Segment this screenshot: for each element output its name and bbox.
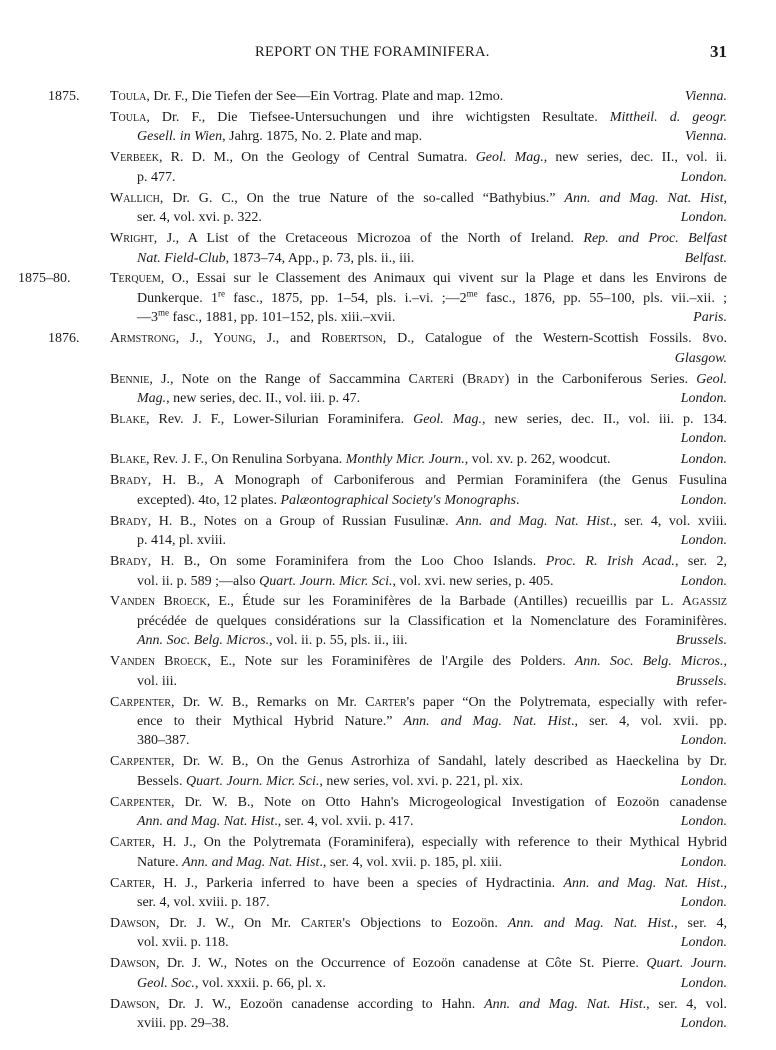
entry-citation-line: Brady, H. B., Notes on a Group of Russia… [0,512,776,531]
citation-text: Verbeek, R. D. M., On the Geology of Cen… [110,148,727,167]
page-header: REPORT ON THE FORAMINIFERA. 31 [0,44,776,68]
entry-citation-line: Blake, Rev. J. F., On Renulina Sorbyana.… [0,450,776,469]
page-number: 31 [710,42,727,62]
entry-continuation-line: Ann. Soc. Belg. Micros., vol. ii. p. 55,… [0,631,776,650]
entry-continuation-line: Bessels. Quart. Journ. Micr. Sci., new s… [0,772,776,791]
citation-text: p. 414, pl. xviii. [137,531,226,550]
citation-text: Carter, H. J., On the Polytremata (Foram… [110,833,727,852]
publication-place: London. [681,168,727,187]
bibliography-entry: Carpenter, Dr. W. B., Remarks on Mr. Car… [0,693,776,751]
bibliography-entry: Carter, H. J., Parkeria inferred to have… [0,874,776,913]
citation-text: Vanden Broeck, E., Note sur les Foramini… [110,652,727,671]
bibliography-entry: Vanden Broeck, E., Étude sur les Foramin… [0,592,776,650]
entry-citation-line: Wright, J., A List of the Cretaceous Mic… [0,229,776,248]
entry-continuation-line: p. 414, pl. xviii.London. [0,531,776,550]
publication-place: London. [681,531,727,550]
publication-place: Glasgow. [675,349,727,368]
publication-place: London. [681,1014,727,1033]
entry-citation-line: Vanden Broeck, E., Note sur les Foramini… [0,652,776,671]
entry-continuation-line: ser. 4, vol. xviii. p. 187.London. [0,893,776,912]
entry-citation-line: Brady, H. B., A Monograph of Carbonifero… [0,471,776,490]
citation-text: ser. 4, vol. xvi. p. 322. [137,208,262,227]
citation-text: Wallich, Dr. G. C., On the true Nature o… [110,189,727,208]
entry-continuation-line: p. 477.London. [0,168,776,187]
entry-continuation-line: ser. 4, vol. xvi. p. 322.London. [0,208,776,227]
citation-text: précédée de quelques considérations sur … [137,612,727,631]
publication-place: London. [681,772,727,791]
entry-continuation-line: Nat. Field-Club, 1873–74, App., p. 73, p… [0,249,776,268]
entry-citation-line: Carter, H. J., Parkeria inferred to have… [0,874,776,893]
bibliography-entry: Wallich, Dr. G. C., On the true Nature o… [0,189,776,228]
entry-continuation-line: Glasgow. [0,349,776,368]
publication-place: Belfast. [685,249,727,268]
publication-place: Brussels. [676,631,727,650]
publication-place: London. [681,389,727,408]
entry-continuation-line: London. [0,429,776,448]
publication-place: London. [681,731,727,750]
entry-citation-line: Wallich, Dr. G. C., On the true Nature o… [0,189,776,208]
entry-citation-line: Carpenter, Dr. W. B., Remarks on Mr. Car… [0,693,776,712]
citation-text: Geol. Soc., vol. xxxii. p. 66, pl. x. [137,974,326,993]
citation-text: excepted). 4to, 12 plates. Palæontograph… [137,491,520,510]
citation-text: Brady, H. B., On some Foraminifera from … [110,552,727,571]
citation-text: Carter, H. J., Parkeria inferred to have… [110,874,727,893]
publication-place: London. [681,812,727,831]
bibliography-entry: Toula, Dr. F., Die Tiefsee-Untersuchunge… [0,108,776,147]
publication-place: London. [681,208,727,227]
citation-text: Terquem, O., Essai sur le Classement des… [110,269,727,288]
citation-text: Brady, H. B., Notes on a Group of Russia… [110,512,727,531]
publication-place: Vienna. [685,87,727,106]
bibliography-entry: Dawson, Dr. J. W., Notes on the Occurren… [0,954,776,993]
citation-text: Toula, Dr. F., Die Tiefen der See—Ein Vo… [110,87,503,106]
entry-citation-line: Armstrong, J., Young, J., and Robertson,… [0,329,776,348]
citation-text: vol. xvii. p. 118. [137,933,229,952]
entry-continuation-line: vol. xvii. p. 118.London. [0,933,776,952]
publication-place: London. [681,429,727,448]
citation-text: xviii. pp. 29–38. [137,1014,229,1033]
bibliography-list: 1875.Toula, Dr. F., Die Tiefen der See—E… [0,87,776,1035]
citation-text: Blake, Rev. J. F., Lower-Silurian Forami… [110,410,727,429]
bibliography-entry: Dawson, Dr. J. W., On Mr. Carter's Objec… [0,914,776,953]
entry-continuation-line: Geol. Soc., vol. xxxii. p. 66, pl. x.Lon… [0,974,776,993]
citation-text: Brady, H. B., A Monograph of Carbonifero… [110,471,727,490]
citation-text: vol. iii. [137,672,177,691]
bibliography-entry: Carpenter, Dr. W. B., On the Genus Astro… [0,752,776,791]
citation-text: Bessels. Quart. Journ. Micr. Sci., new s… [137,772,523,791]
publication-place: London. [681,974,727,993]
entry-continuation-line: xviii. pp. 29–38.London. [0,1014,776,1033]
running-title: REPORT ON THE FORAMINIFERA. [255,44,490,61]
citation-text: Ann. and Mag. Nat. Hist., ser. 4, vol. x… [137,812,414,831]
citation-text: Bennie, J., Note on the Range of Saccamm… [110,370,727,389]
bibliography-entry: Dawson, Dr. J. W., Eozoön canadense acco… [0,995,776,1034]
entry-continuation-line: Gesell. in Wien, Jahrg. 1875, No. 2. Pla… [0,127,776,146]
citation-text: Blake, Rev. J. F., On Renulina Sorbyana.… [110,450,610,469]
bibliography-entry: Wright, J., A List of the Cretaceous Mic… [0,229,776,268]
entry-citation-line: Blake, Rev. J. F., Lower-Silurian Forami… [0,410,776,429]
entry-continuation-line: 380–387.London. [0,731,776,750]
bibliography-entry: Brady, H. B., A Monograph of Carbonifero… [0,471,776,510]
publication-place: London. [681,450,727,469]
entry-continuation-line: vol. ii. p. 589 ;—also Quart. Journ. Mic… [0,572,776,591]
bibliography-entry: Brady, H. B., On some Foraminifera from … [0,552,776,591]
entry-citation-line: Carpenter, Dr. W. B., On the Genus Astro… [0,752,776,771]
citation-text: p. 477. [137,168,176,187]
entry-continuation-line: Mag., new series, dec. II., vol. iii. p.… [0,389,776,408]
publication-place: London. [681,893,727,912]
citation-text: Ann. Soc. Belg. Micros., vol. ii. p. 55,… [137,631,408,650]
entry-citation-line: Vanden Broeck, E., Étude sur les Foramin… [0,592,776,611]
bibliography-entry: 1875.Toula, Dr. F., Die Tiefen der See—E… [0,87,776,106]
citation-text: Nat. Field-Club, 1873–74, App., p. 73, p… [137,249,414,268]
publication-place: London. [681,491,727,510]
bibliography-entry: Brady, H. B., Notes on a Group of Russia… [0,512,776,551]
bibliography-entry: Carter, H. J., On the Polytremata (Foram… [0,833,776,872]
entry-citation-line: Carpenter, Dr. W. B., Note on Otto Hahn'… [0,793,776,812]
entry-citation-line: Carter, H. J., On the Polytremata (Foram… [0,833,776,852]
entry-citation-line: Dawson, Dr. J. W., Notes on the Occurren… [0,954,776,973]
entry-continuation-line: Nature. Ann. and Mag. Nat. Hist., ser. 4… [0,853,776,872]
citation-text: Armstrong, J., Young, J., and Robertson,… [110,329,727,348]
citation-text: ence to their Mythical Hybrid Nature.” A… [137,712,727,731]
entry-citation-line: Toula, Dr. F., Die Tiefen der See—Ein Vo… [0,87,776,106]
citation-text: Carpenter, Dr. W. B., Remarks on Mr. Car… [110,693,727,712]
publication-place: London. [681,933,727,952]
bibliography-entry: Blake, Rev. J. F., Lower-Silurian Forami… [0,410,776,449]
entry-continuation-line: vol. iii.Brussels. [0,672,776,691]
bibliography-entry: Carpenter, Dr. W. B., Note on Otto Hahn'… [0,793,776,832]
citation-text: Mag., new series, dec. II., vol. iii. p.… [137,389,360,408]
citation-text: Carpenter, Dr. W. B., On the Genus Astro… [110,752,727,771]
entry-continuation-line: —3me fasc., 1881, pp. 101–152, pls. xiii… [0,308,776,327]
publication-place: London. [681,853,727,872]
citation-text: 380–387. [137,731,190,750]
citation-text: —3me fasc., 1881, pp. 101–152, pls. xiii… [137,308,395,327]
entry-continuation-line: ence to their Mythical Hybrid Nature.” A… [0,712,776,731]
citation-text: Vanden Broeck, E., Étude sur les Foramin… [110,592,727,611]
citation-text: Dawson, Dr. J. W., Eozoön canadense acco… [110,995,727,1014]
entry-citation-line: Brady, H. B., On some Foraminifera from … [0,552,776,571]
entry-citation-line: Terquem, O., Essai sur le Classement des… [0,269,776,288]
citation-text: Toula, Dr. F., Die Tiefsee-Untersuchunge… [110,108,727,127]
publication-place: London. [681,572,727,591]
entry-continuation-line: excepted). 4to, 12 plates. Palæontograph… [0,491,776,510]
bibliography-entry: Blake, Rev. J. F., On Renulina Sorbyana.… [0,450,776,469]
citation-text: Dawson, Dr. J. W., On Mr. Carter's Objec… [110,914,727,933]
citation-text: Carpenter, Dr. W. B., Note on Otto Hahn'… [110,793,727,812]
bibliography-entry: Vanden Broeck, E., Note sur les Foramini… [0,652,776,691]
citation-text: ser. 4, vol. xviii. p. 187. [137,893,270,912]
citation-text: Dawson, Dr. J. W., Notes on the Occurren… [110,954,727,973]
citation-text: Gesell. in Wien, Jahrg. 1875, No. 2. Pla… [137,127,422,146]
entry-citation-line: Verbeek, R. D. M., On the Geology of Cen… [0,148,776,167]
citation-text: Dunkerque. 1re fasc., 1875, pp. 1–54, pl… [137,289,727,308]
publication-place: Paris. [693,308,727,327]
entry-continuation-line: précédée de quelques considérations sur … [0,612,776,631]
entry-citation-line: Dawson, Dr. J. W., Eozoön canadense acco… [0,995,776,1014]
entry-continuation-line: Ann. and Mag. Nat. Hist., ser. 4, vol. x… [0,812,776,831]
citation-text: Wright, J., A List of the Cretaceous Mic… [110,229,727,248]
bibliography-entry: Verbeek, R. D. M., On the Geology of Cen… [0,148,776,187]
bibliography-entry: 1875–80.Terquem, O., Essai sur le Classe… [0,269,776,327]
publication-place: Brussels. [676,672,727,691]
publication-place: Vienna. [685,127,727,146]
entry-citation-line: Toula, Dr. F., Die Tiefsee-Untersuchunge… [0,108,776,127]
entry-citation-line: Dawson, Dr. J. W., On Mr. Carter's Objec… [0,914,776,933]
bibliography-entry: Bennie, J., Note on the Range of Saccamm… [0,370,776,409]
bibliography-entry: 1876.Armstrong, J., Young, J., and Rober… [0,329,776,368]
citation-text: Nature. Ann. and Mag. Nat. Hist., ser. 4… [137,853,502,872]
entry-citation-line: Bennie, J., Note on the Range of Saccamm… [0,370,776,389]
citation-text: vol. ii. p. 589 ;—also Quart. Journ. Mic… [137,572,554,591]
entry-continuation-line: Dunkerque. 1re fasc., 1875, pp. 1–54, pl… [0,289,776,308]
